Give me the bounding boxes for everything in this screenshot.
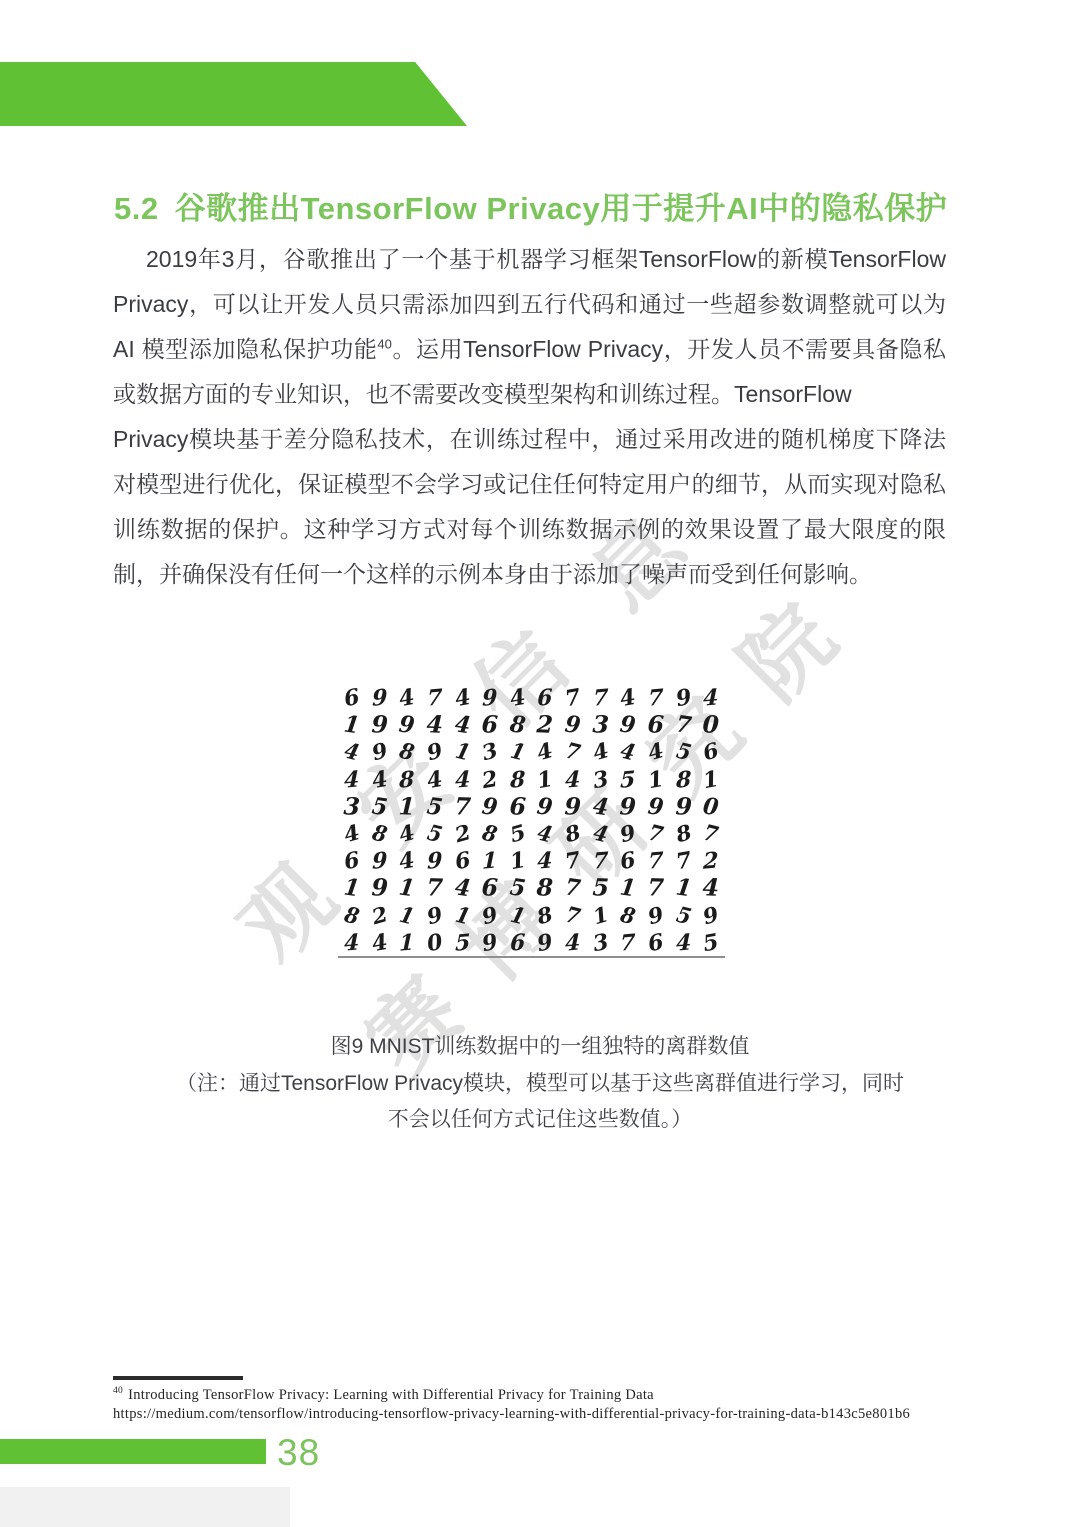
mnist-digit: 8 — [391, 736, 422, 769]
mnist-digit: 9 — [365, 683, 393, 713]
mnist-digit: 9 — [473, 899, 507, 931]
mnist-digit: 4 — [338, 928, 366, 958]
mnist-digit: 8 — [530, 873, 561, 903]
mnist-digit: 9 — [529, 927, 561, 959]
mnist-digit: 5 — [419, 790, 450, 822]
mnist-digit: 9 — [639, 899, 673, 931]
mnist-digit: 4 — [528, 736, 562, 768]
footnote-number: 40 — [113, 1386, 123, 1396]
mnist-digit: 8 — [613, 899, 644, 932]
mnist-digit: 9 — [418, 899, 452, 931]
mnist-digit: 5 — [448, 928, 476, 958]
mnist-digit: 7 — [640, 873, 671, 903]
footnote-reference: 40 — [377, 336, 391, 351]
mnist-digit: 7 — [587, 846, 615, 876]
body-line: Privacy模块基于差分隐私技术，在训练过程中，通过采用改进的随机梯度下降法 — [113, 423, 946, 468]
page-corner-shade — [0, 1487, 290, 1527]
mnist-digit: 1 — [502, 736, 533, 769]
mnist-digit: 4 — [390, 817, 424, 849]
mnist-digit: 1 — [613, 872, 644, 904]
mnist-digit: 8 — [504, 764, 532, 794]
footnote-url[interactable]: https://medium.com/tensorflow/introducin… — [113, 1406, 910, 1423]
mnist-digit: 1 — [502, 899, 533, 932]
body-line: 2019年3月，谷歌推出了一个基于机器学习框架TensorFlow的新模Tens… — [113, 243, 946, 288]
mnist-digit: 0 — [696, 710, 727, 740]
mnist-digit: 6 — [531, 683, 559, 713]
mnist-digit: 1 — [391, 899, 422, 932]
page-number: 38 — [277, 1432, 320, 1474]
mnist-digit: 4 — [447, 872, 478, 904]
mnist-digit: 4 — [336, 736, 367, 769]
mnist-digit: 4 — [531, 846, 559, 876]
mnist-digit: 7 — [557, 872, 588, 904]
body-line: 对模型进行优化，保证模型不会学习或记住任何特定用户的细节，从而实现对隐私 — [113, 468, 946, 513]
mnist-digit: 5 — [668, 736, 699, 769]
mnist-digit: 7 — [614, 928, 642, 958]
mnist-digit: 4 — [639, 736, 673, 768]
mnist-digit: 7 — [642, 683, 670, 713]
mnist-digit: 4 — [670, 928, 698, 958]
mnist-digit: 8 — [667, 817, 701, 849]
mnist-digit: 1 — [336, 872, 367, 904]
mnist-digit: 9 — [474, 927, 506, 959]
mnist-digit: 0 — [419, 927, 451, 959]
body-line: Privacy，可以让开发人员只需添加四到五行代码和通过一些超参数调整就可以为 — [113, 288, 946, 333]
footnote-rule — [113, 1376, 243, 1380]
mnist-digit: 8 — [670, 764, 698, 794]
mnist-digit: 4 — [363, 927, 395, 959]
mnist-digit: 8 — [556, 817, 590, 849]
mnist-digit: 4 — [613, 736, 644, 769]
mnist-digit: 9 — [613, 709, 644, 741]
mnist-digit: 4 — [447, 709, 478, 741]
mnist-digit: 7 — [642, 846, 670, 876]
mnist-digit: 9 — [421, 846, 449, 876]
mnist-digit: 1 — [336, 709, 367, 741]
mnist-digit: 6 — [640, 710, 671, 740]
figure-caption-note: （注：通过TensorFlow Privacy模块，模型可以基于这些离群值进行学… — [0, 1067, 1080, 1097]
body-line-text: 。运用TensorFlow Privacy，开发人员不需要具备隐私 — [392, 336, 946, 362]
mnist-digit: 4 — [448, 764, 476, 794]
mnist-digit: 9 — [530, 790, 561, 822]
body-paragraph: 2019年3月，谷歌推出了一个基于机器学习框架TensorFlow的新模Tens… — [113, 243, 946, 603]
mnist-digit: 2 — [697, 846, 725, 876]
mnist-digit: 6 — [504, 928, 532, 958]
mnist-digit: 7 — [557, 899, 588, 932]
mnist-digit: 8 — [336, 899, 367, 932]
footer-band — [0, 1439, 266, 1464]
mnist-digit: 8 — [528, 899, 562, 931]
mnist-digit: 3 — [585, 927, 617, 959]
mnist-digit: 7 — [557, 736, 588, 769]
mnist-digit: 1 — [447, 899, 478, 932]
mnist-digits-figure: 6947494677479419944682939670498913147444… — [338, 684, 725, 956]
mnist-digit: 5 — [668, 899, 699, 932]
mnist-digit: 5 — [364, 790, 395, 822]
mnist-digit: 4 — [335, 817, 369, 849]
mnist-digit: 6 — [475, 873, 506, 903]
footnote-text: 40Introducing TensorFlow Privacy: Learni… — [113, 1386, 654, 1404]
section-title-text: 谷歌推出TensorFlow Privacy用于提升AI中的隐私保护 — [175, 183, 948, 228]
mnist-digit: 4 — [696, 873, 727, 903]
mnist-digit: 1 — [393, 928, 421, 958]
mnist-digit: 4 — [419, 710, 450, 740]
mnist-digit: 9 — [640, 790, 671, 822]
body-line-text: AI 模型添加隐私保护功能 — [113, 336, 377, 362]
figure-underline — [338, 956, 725, 958]
mnist-digit: 9 — [558, 791, 589, 821]
mnist-digit: 7 — [447, 791, 478, 821]
mnist-digit: 5 — [501, 817, 535, 849]
body-line: 或数据方面的专业知识，也不需要改变模型架构和训练过程。TensorFlow — [113, 378, 946, 423]
mnist-digit: 7 — [421, 683, 449, 713]
section-number: 5.2 — [114, 191, 159, 227]
mnist-digit: 2 — [363, 899, 397, 931]
mnist-digit: 0 — [695, 790, 726, 822]
mnist-digit: 6 — [640, 927, 672, 959]
mnist-digit: 9 — [694, 899, 728, 931]
mnist-digit: 9 — [418, 736, 452, 768]
document-page: 观安信息 赛博研究院 5.2 谷歌推出TensorFlow Privacy用于提… — [0, 0, 1080, 1527]
mnist-digit: 4 — [338, 764, 366, 794]
mnist-digit: 4 — [584, 736, 618, 768]
mnist-digit: 5 — [695, 927, 727, 959]
body-line: AI 模型添加隐私保护功能40。运用TensorFlow Privacy，开发人… — [113, 333, 946, 378]
mnist-digit: 8 — [393, 764, 421, 794]
mnist-digit: 4 — [697, 683, 725, 713]
mnist-digit: 1 — [447, 736, 478, 769]
body-line: 制，并确保没有任何一个这样的示例本身由于添加了噪声而受到任何影响。 — [113, 558, 946, 603]
mnist-digit: 7 — [419, 873, 450, 903]
mnist-digit: 1 — [584, 899, 618, 931]
mnist-digit: 4 — [559, 928, 587, 958]
mnist-digit: 3 — [473, 736, 507, 768]
mnist-digit: 3 — [336, 791, 367, 821]
mnist-digit: 1 — [392, 791, 423, 821]
mnist-digit: 9 — [476, 683, 504, 713]
section-title: 5.2 谷歌推出TensorFlow Privacy用于提升AI中的隐私保护 — [114, 183, 947, 228]
footnote-title: Introducing TensorFlow Privacy: Learning… — [128, 1387, 654, 1403]
figure-caption-note: 不会以任何方式记住这些数值。） — [0, 1103, 1080, 1133]
figure-caption-title: 图9 MNIST训练数据中的一组独特的离群数值 — [0, 1030, 1080, 1060]
mnist-digit: 2 — [530, 710, 561, 740]
mnist-digit: 9 — [365, 846, 393, 876]
body-line: 训练数据的保护。这种学习方式对每个训练数据示例的效果设置了最大限度的限 — [113, 513, 946, 558]
mnist-digit: 6 — [475, 710, 506, 740]
mnist-digit: 9 — [613, 791, 644, 821]
header-band — [0, 62, 467, 126]
mnist-digit: 9 — [557, 709, 588, 741]
mnist-digit: 6 — [694, 736, 728, 768]
mnist-digit: 1 — [476, 846, 504, 876]
mnist-digit: 4 — [559, 764, 587, 794]
mnist-digit: 9 — [363, 736, 397, 768]
mnist-digit: 7 — [587, 683, 615, 713]
mnist-digit: 9 — [391, 709, 422, 741]
mnist-digit: 1 — [391, 872, 422, 904]
mnist-digit: 9 — [474, 790, 505, 822]
mnist-digit: 5 — [614, 764, 642, 794]
mnist-digit: 9 — [611, 817, 645, 849]
